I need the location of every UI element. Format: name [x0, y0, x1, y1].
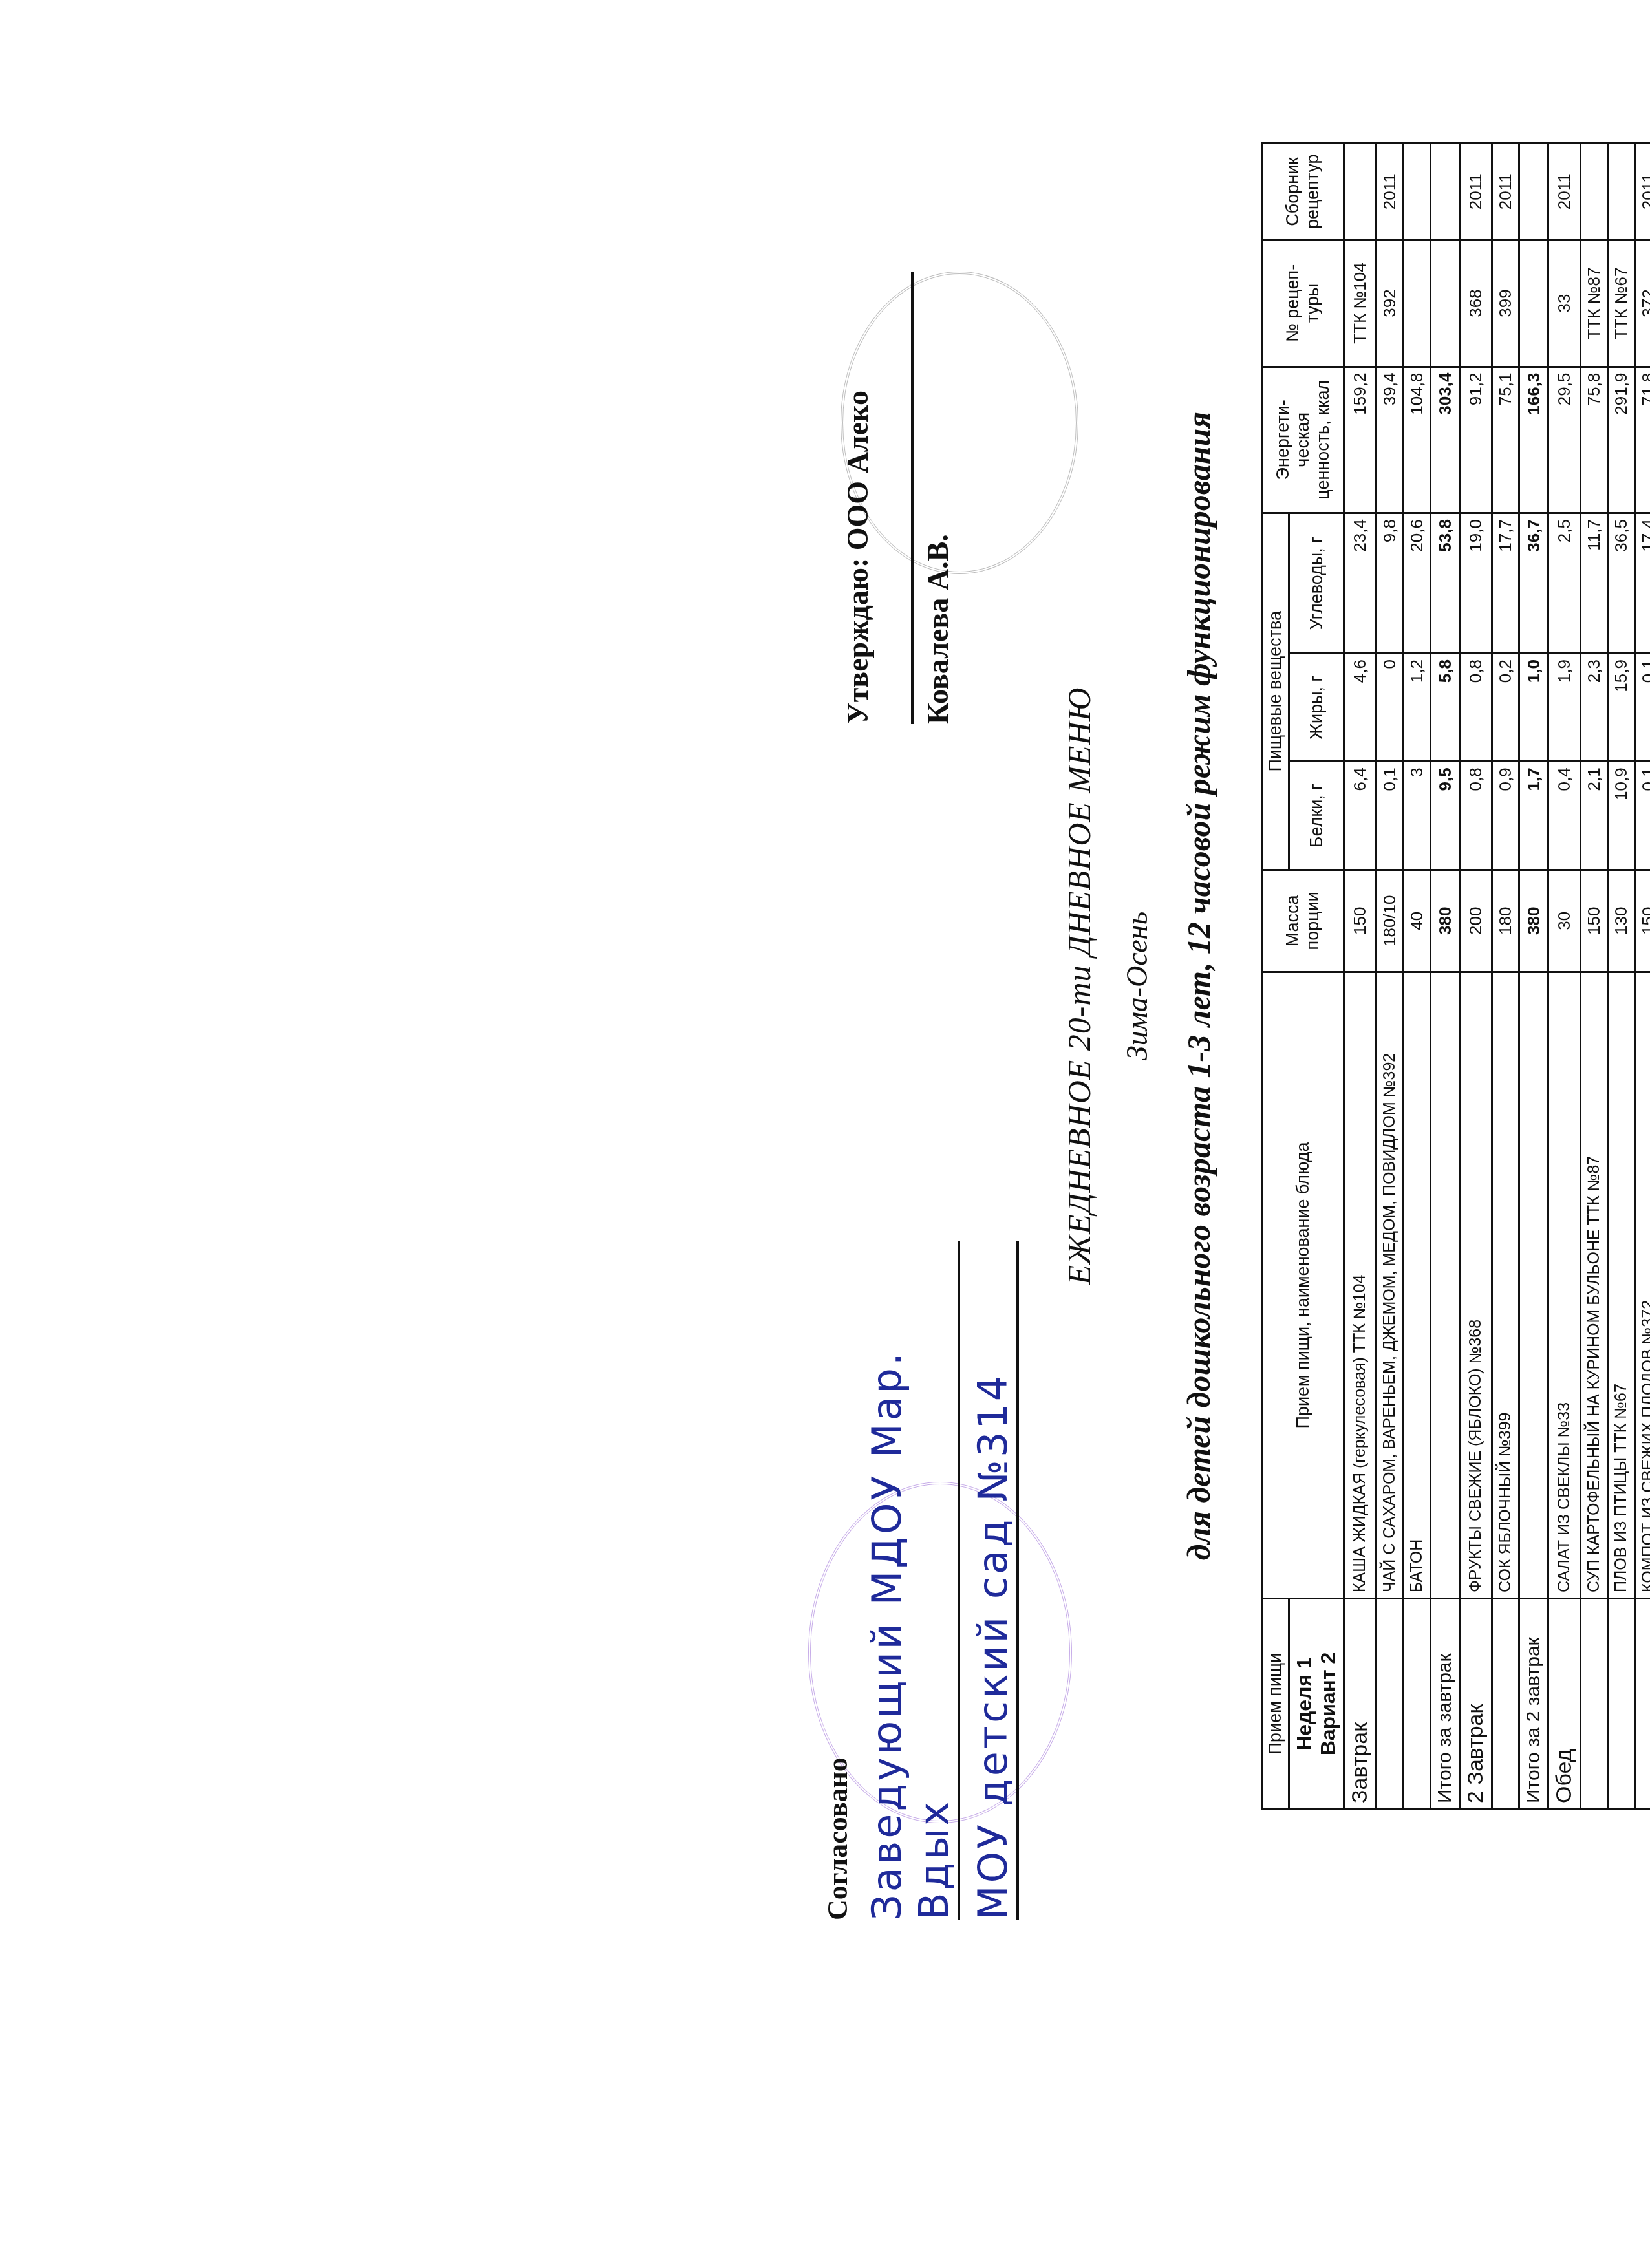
cell-mass: 380 — [1431, 870, 1460, 972]
cell-meal: Завтрак — [1344, 1599, 1377, 1810]
cell-meal: Итого за завтрак — [1431, 1599, 1460, 1810]
cell-e: 303,4 — [1431, 367, 1460, 513]
cell-e: 39,4 — [1377, 367, 1404, 513]
cell-dish: ПЛОВ ИЗ ПТИЦЫ ТТК №67 — [1608, 972, 1635, 1598]
cell-p: 3 — [1404, 762, 1431, 870]
header-meal: Прием пищи — [1262, 1599, 1289, 1810]
cell-f: 2,3 — [1581, 654, 1608, 762]
cell-mass: 180 — [1492, 870, 1519, 972]
title-season: Зима-Осень — [1120, 0, 1154, 1972]
cell-p: 0,1 — [1377, 762, 1404, 870]
cell-s: 2011 — [1460, 144, 1492, 240]
cell-c: 9,8 — [1377, 513, 1404, 654]
cell-r: 392 — [1377, 240, 1404, 367]
cell-p: 0,9 — [1492, 762, 1519, 870]
cell-meal: Итого за 2 завтрак — [1519, 1599, 1548, 1810]
approval-label: Утверждаю: ООО Алеко — [841, 142, 875, 724]
cell-dish: КОМПОТ ИЗ СВЕЖИХ ПЛОДОВ №372 — [1635, 972, 1650, 1598]
cell-dish: ЧАЙ С САХАРОМ, ВАРЕНЬЕМ, ДЖЕМОМ, МЕДОМ, … — [1377, 972, 1404, 1598]
table-row: БАТОН4031,220,6104,8 — [1404, 144, 1431, 1810]
cell-f: 0 — [1377, 654, 1404, 762]
header-collection: Сборник рецептур — [1262, 144, 1344, 240]
cell-s — [1431, 144, 1460, 240]
cell-p: 1,7 — [1519, 762, 1548, 870]
cell-r: 33 — [1548, 240, 1581, 367]
cell-s — [1519, 144, 1548, 240]
cell-c: 17,4 — [1635, 513, 1650, 654]
table-row: КОМПОТ ИЗ СВЕЖИХ ПЛОДОВ №3721500,10,117,… — [1635, 144, 1650, 1810]
cell-mass: 30 — [1548, 870, 1581, 972]
table-row: 2 ЗавтракФРУКТЫ СВЕЖИЕ (ЯБЛОКО) №3682000… — [1460, 144, 1492, 1810]
cell-mass: 200 — [1460, 870, 1492, 972]
cell-r — [1431, 240, 1460, 367]
cell-c: 23,4 — [1344, 513, 1377, 654]
cell-f: 4,6 — [1344, 654, 1377, 762]
approval-block: Утверждаю: ООО Алеко Ковалева А.В. — [841, 142, 955, 724]
header-fats: Жиры, г — [1289, 654, 1344, 762]
title-subtitle: для детей дошкольного возраста 1-3 лет, … — [1180, 0, 1217, 1972]
header-carbs: Углеводы, г — [1289, 513, 1344, 654]
header-mass: Масса порции — [1262, 870, 1344, 972]
cell-s — [1344, 144, 1377, 240]
cell-meal — [1377, 1599, 1404, 1810]
cell-f: 1,2 — [1404, 654, 1431, 762]
cell-f: 1,9 — [1548, 654, 1581, 762]
cell-dish: БАТОН — [1404, 972, 1431, 1598]
table-row: ПЛОВ ИЗ ПТИЦЫ ТТК №6713010,915,936,5291,… — [1608, 144, 1635, 1810]
cell-dish — [1431, 972, 1460, 1598]
cell-c: 2,5 — [1548, 513, 1581, 654]
cell-e: 166,3 — [1519, 367, 1548, 513]
document-sheet: Согласовано Заведующий МДОУ Мар. Вдых МО… — [647, 0, 1650, 1972]
cell-c: 36,7 — [1519, 513, 1548, 654]
cell-r: ТТК №104 — [1344, 240, 1377, 367]
cell-p: 0,1 — [1635, 762, 1650, 870]
table-row: СУП КАРТОФЕЛЬНЫЙ НА КУРИНОМ БУЛЬОНЕ ТТК … — [1581, 144, 1608, 1810]
cell-p: 0,8 — [1460, 762, 1492, 870]
cell-f: 0,1 — [1635, 654, 1650, 762]
header-dish: Прием пищи, наименование блюда — [1262, 972, 1344, 1598]
cell-mass: 40 — [1404, 870, 1431, 972]
cell-e: 291,9 — [1608, 367, 1635, 513]
agreement-block: Согласовано Заведующий МДОУ Мар. Вдых МО… — [821, 1209, 1019, 1920]
cell-dish: СОК ЯБЛОЧНЫЙ №399 — [1492, 972, 1519, 1598]
approval-name: Ковалева А.В. — [886, 142, 955, 724]
cell-s — [1404, 144, 1431, 240]
cell-meal — [1635, 1599, 1650, 1810]
cell-dish: САЛАТ ИЗ СВЕКЛЫ №33 — [1548, 972, 1581, 1598]
cell-meal — [1581, 1599, 1608, 1810]
cell-r: 372 — [1635, 240, 1650, 367]
header-energy: Энергети-ческая ценность, ккал — [1262, 367, 1344, 513]
title-line-1: ЕЖЕДНЕВНОЕ 20-ти ДНЕВНОЕ МЕНЮ — [1060, 0, 1098, 1972]
cell-meal: Обед — [1548, 1599, 1581, 1810]
menu-table-body: ЗавтракКАША ЖИДКАЯ (геркулесовая) ТТК №1… — [1344, 144, 1650, 1810]
cell-meal: 2 Завтрак — [1460, 1599, 1492, 1810]
cell-p: 2,1 — [1581, 762, 1608, 870]
cell-s — [1581, 144, 1608, 240]
cell-e: 104,8 — [1404, 367, 1431, 513]
agreement-handwritten-position: Заведующий МДОУ Мар. Вдых — [863, 1241, 960, 1920]
cell-e: 159,2 — [1344, 367, 1377, 513]
cell-meal — [1608, 1599, 1635, 1810]
cell-e: 29,5 — [1548, 367, 1581, 513]
cell-mass: 150 — [1581, 870, 1608, 972]
cell-f: 1,0 — [1519, 654, 1548, 762]
cell-mass: 150 — [1635, 870, 1650, 972]
approval-signature-line — [907, 272, 914, 724]
cell-f: 15,9 — [1608, 654, 1635, 762]
cell-meal — [1492, 1599, 1519, 1810]
cell-c: 11,7 — [1581, 513, 1608, 654]
cell-p: 0,4 — [1548, 762, 1581, 870]
cell-r: 368 — [1460, 240, 1492, 367]
header-recipe-no: № рецеп-туры — [1262, 240, 1344, 367]
cell-r: ТТК №67 — [1608, 240, 1635, 367]
cell-c: 19,0 — [1460, 513, 1492, 654]
cell-mass: 380 — [1519, 870, 1548, 972]
agreement-label: Согласовано — [821, 1209, 854, 1920]
cell-dish: КАША ЖИДКАЯ (геркулесовая) ТТК №104 — [1344, 972, 1377, 1598]
cell-e: 75,1 — [1492, 367, 1519, 513]
cell-e: 91,2 — [1460, 367, 1492, 513]
cell-s: 2011 — [1635, 144, 1650, 240]
header-week-variant: Неделя 1 Вариант 2 — [1289, 1599, 1344, 1810]
cell-c: 36,5 — [1608, 513, 1635, 654]
cell-f: 5,8 — [1431, 654, 1460, 762]
cell-r — [1404, 240, 1431, 367]
cell-dish: СУП КАРТОФЕЛЬНЫЙ НА КУРИНОМ БУЛЬОНЕ ТТК … — [1581, 972, 1608, 1598]
cell-mass: 130 — [1608, 870, 1635, 972]
document-title: ЕЖЕДНЕВНОЕ 20-ти ДНЕВНОЕ МЕНЮ Зима-Осень… — [1060, 0, 1217, 1972]
cell-meal — [1404, 1599, 1431, 1810]
cell-r: ТТК №87 — [1581, 240, 1608, 367]
agreement-handwritten-institution: МОУ детский сад №314 — [969, 1241, 1019, 1920]
header-proteins: Белки, г — [1289, 762, 1344, 870]
cell-e: 75,8 — [1581, 367, 1608, 513]
cell-r: 399 — [1492, 240, 1519, 367]
table-total-row: Итого за завтрак3809,55,853,8303,4 — [1431, 144, 1460, 1810]
cell-p: 6,4 — [1344, 762, 1377, 870]
header-nutrients: Пищевые вещества — [1262, 513, 1289, 870]
table-total-row: Итого за 2 завтрак3801,71,036,7166,3 — [1519, 144, 1548, 1810]
cell-mass: 180/10 — [1377, 870, 1404, 972]
cell-r — [1519, 240, 1548, 367]
table-row: СОК ЯБЛОЧНЫЙ №3991800,90,217,775,1399201… — [1492, 144, 1519, 1810]
cell-p: 9,5 — [1431, 762, 1460, 870]
cell-c: 53,8 — [1431, 513, 1460, 654]
cell-mass: 150 — [1344, 870, 1377, 972]
table-row: ЧАЙ С САХАРОМ, ВАРЕНЬЕМ, ДЖЕМОМ, МЕДОМ, … — [1377, 144, 1404, 1810]
menu-table: Прием пищи Прием пищи, наименование блюд… — [1261, 142, 1650, 1810]
table-row: ОбедСАЛАТ ИЗ СВЕКЛЫ №33300,41,92,529,533… — [1548, 144, 1581, 1810]
cell-c: 17,7 — [1492, 513, 1519, 654]
cell-f: 0,8 — [1460, 654, 1492, 762]
cell-dish — [1519, 972, 1548, 1598]
table-row: ЗавтракКАША ЖИДКАЯ (геркулесовая) ТТК №1… — [1344, 144, 1377, 1810]
cell-dish: ФРУКТЫ СВЕЖИЕ (ЯБЛОКО) №368 — [1460, 972, 1492, 1598]
cell-p: 10,9 — [1608, 762, 1635, 870]
cell-s: 2011 — [1492, 144, 1519, 240]
cell-s — [1608, 144, 1635, 240]
cell-e: 71,8 — [1635, 367, 1650, 513]
cell-c: 20,6 — [1404, 513, 1431, 654]
cell-f: 0,2 — [1492, 654, 1519, 762]
cell-s: 2011 — [1377, 144, 1404, 240]
cell-s: 2011 — [1548, 144, 1581, 240]
